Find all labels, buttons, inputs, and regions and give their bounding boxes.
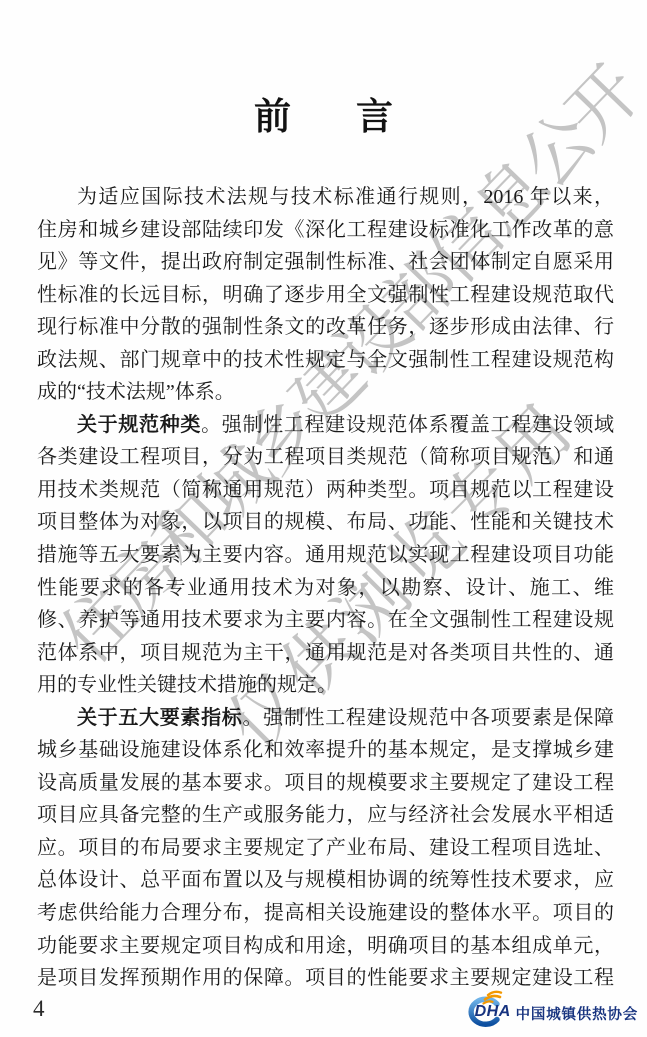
logo-org-name: 中国城镇供热协会 bbox=[516, 1003, 638, 1024]
body-text: 为适应国际技术法规与技术标准通行规则，2016 年以来，住房和城乡建设部陆续印发… bbox=[37, 181, 614, 995]
body-line: 城乡基础设施建设体系化和效率提升的基本规定，是支撑城乡建 bbox=[37, 734, 614, 767]
body-line: 措施等五大要素为主要内容。通用规范以实现工程建设项目功能 bbox=[37, 539, 614, 572]
body-line: 范体系中，项目规范为主干，通用规范是对各类项目共性的、通 bbox=[37, 637, 614, 670]
document-page: 住房和城乡建设部信息公开 仅供浏览专用 前 言 为适应国际技术法规与技术标准通行… bbox=[0, 0, 647, 1037]
body-line: 现行标准中分散的强制性条文的改革任务，逐步形成由法律、行 bbox=[37, 311, 614, 344]
body-line: 项目应具备完整的生产或服务能力，应与经济社会发展水平相适 bbox=[37, 799, 614, 832]
paragraph-heading: 关于规范种类 bbox=[77, 414, 201, 436]
body-line: 修、养护等通用技术要求为主要内容。在全文强制性工程建设规 bbox=[37, 604, 614, 637]
body-line: 关于五大要素指标。强制性工程建设规范中各项要素是保障 bbox=[37, 702, 614, 735]
body-line: 住房和城乡建设部陆续印发《深化工程建设标准化工作改革的意 bbox=[37, 214, 614, 247]
body-line: 成的“技术法规”体系。 bbox=[37, 376, 614, 409]
logo-acronym: DHA bbox=[475, 1003, 511, 1021]
body-line: 用的专业性关键技术措施的规定。 bbox=[37, 669, 614, 702]
body-line: 应。项目的布局要求主要规定了产业布局、建设工程项目选址、 bbox=[37, 832, 614, 865]
paragraph-heading: 关于五大要素指标 bbox=[77, 707, 242, 729]
body-line: 设高质量发展的基本要求。项目的规模要求主要规定了建设工程 bbox=[37, 767, 614, 800]
body-line: 关于规范种类。强制性工程建设规范体系覆盖工程建设领域 bbox=[37, 409, 614, 442]
body-line: 用技术类规范（简称通用规范）两种类型。项目规范以工程建设 bbox=[37, 474, 614, 507]
body-line: 功能要求主要规定项目构成和用途，明确项目的基本组成单元， bbox=[37, 930, 614, 963]
page-title: 前 言 bbox=[0, 86, 647, 140]
body-line: 政法规、部门规章中的技术性规定与全文强制性工程建设规范构 bbox=[37, 344, 614, 377]
body-line: 见》等文件，提出政府制定强制性标准、社会团体制定自愿采用 bbox=[37, 246, 614, 279]
association-logo: DHA 中国城镇供热协会 bbox=[463, 989, 638, 1029]
body-line: 总体设计、总平面布置以及与规模相协调的统筹性技术要求，应 bbox=[37, 864, 614, 897]
body-line: 性标准的长远目标，明确了逐步用全文强制性工程建设规范取代 bbox=[37, 279, 614, 312]
body-line: 性能要求的各专业通用技术为对象，以勘察、设计、施工、维 bbox=[37, 572, 614, 605]
page-number: 4 bbox=[33, 996, 45, 1022]
body-line: 为适应国际技术法规与技术标准通行规则，2016 年以来， bbox=[37, 181, 614, 214]
printed-content: 前 言 为适应国际技术法规与技术标准通行规则，2016 年以来，住房和城乡建设部… bbox=[0, 0, 647, 1037]
dha-logo-icon: DHA bbox=[463, 989, 511, 1029]
body-line: 项目整体为对象，以项目的规模、布局、功能、性能和关键技术 bbox=[37, 506, 614, 539]
body-line: 各类建设工程项目，分为工程项目类规范（简称项目规范）和通 bbox=[37, 441, 614, 474]
body-line: 考虑供给能力合理分布，提高相关设施建设的整体水平。项目的 bbox=[37, 897, 614, 930]
